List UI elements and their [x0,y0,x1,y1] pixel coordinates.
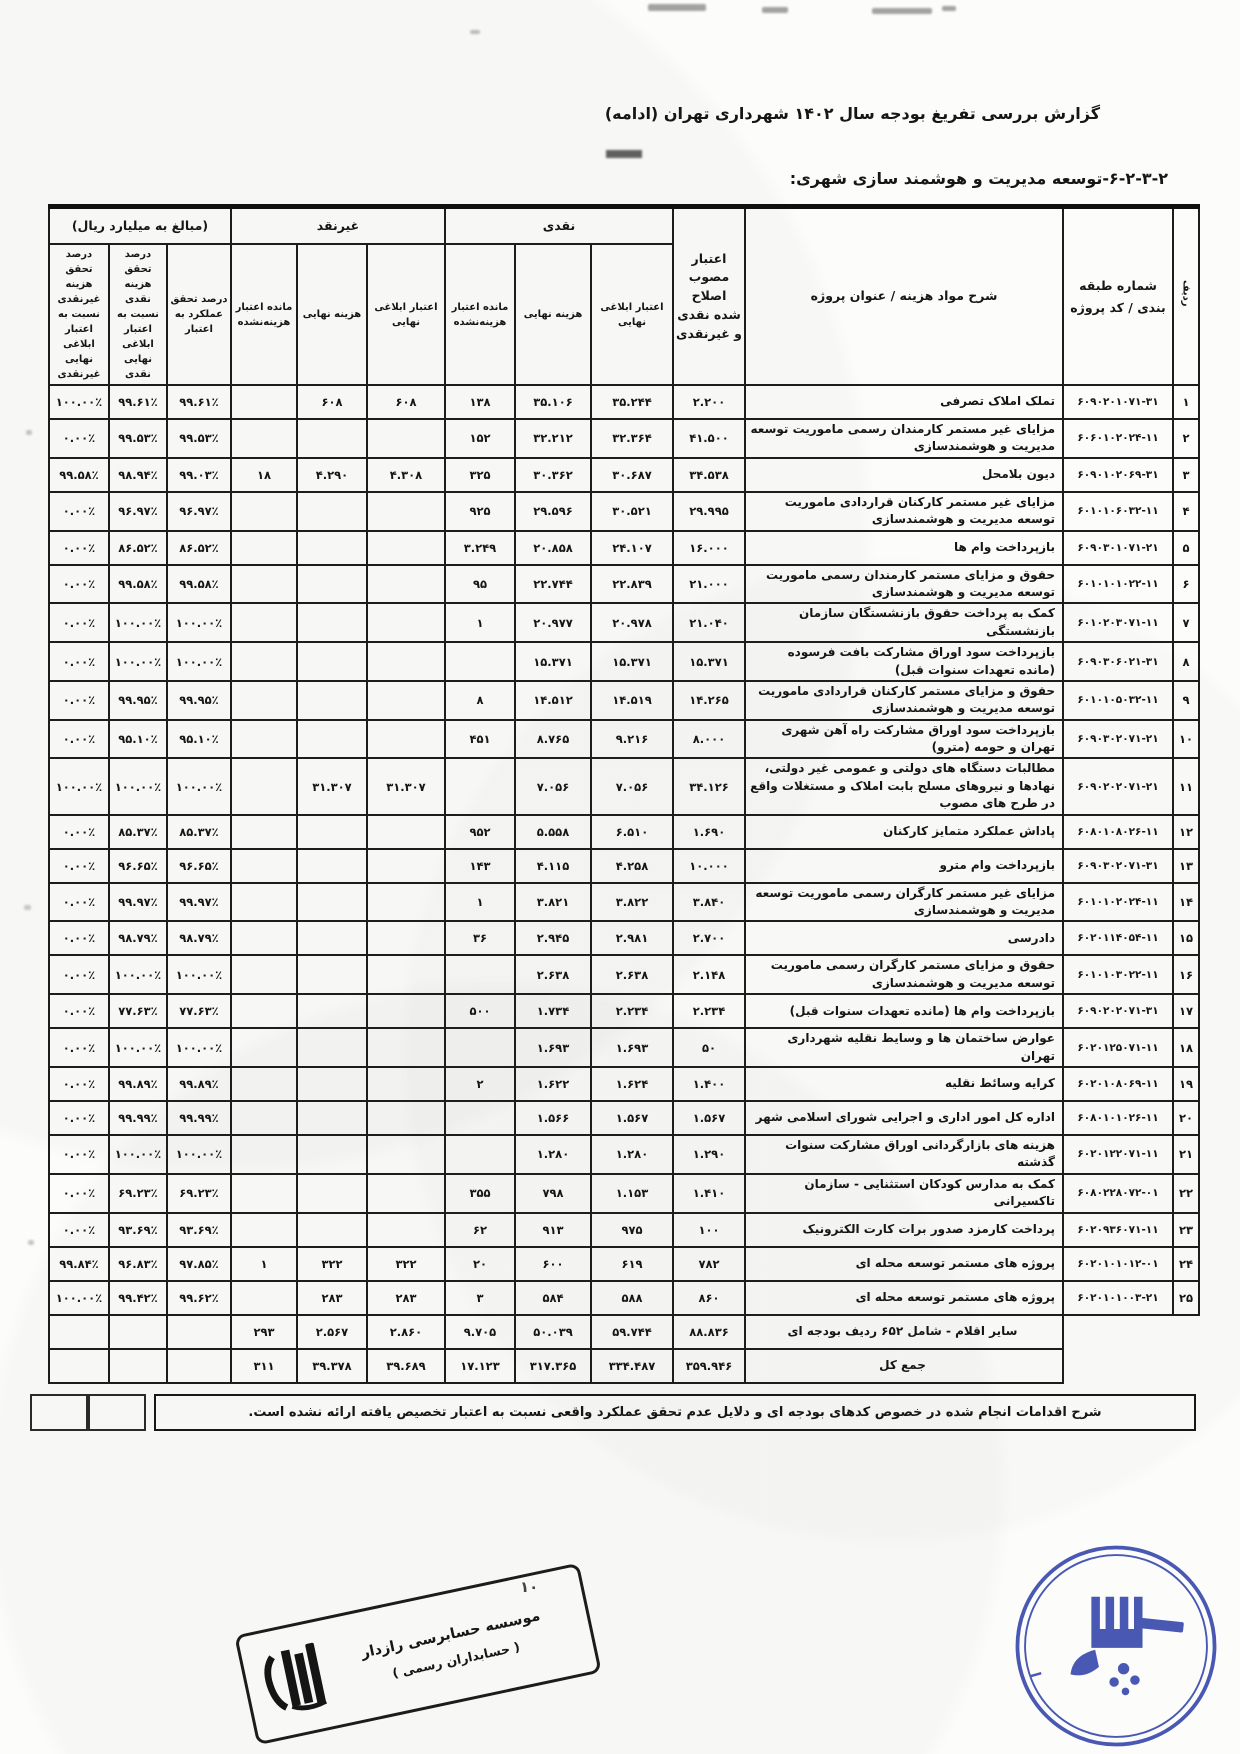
cell-row-number: ۱۵ [1173,921,1199,955]
cell-cash-expense: ۵۸۴ [515,1281,591,1315]
section-heading: ۶-۲-۳-۲-توسعه مدیریت و هوشمند سازی شهری: [0,169,1168,188]
cell-approved-credit: ۳.۸۴۰ [673,883,745,922]
cell-pct-noncash: ۹۹.۵۸٪ [49,458,109,492]
cell-pct-performance: ۹۵.۱۰٪ [167,720,231,759]
cell-cash-allocated: ۱.۵۶۷ [591,1101,673,1135]
cell-approved-credit: ۱.۴۱۰ [673,1174,745,1213]
cell-cash-remaining: ۶۲ [445,1213,515,1247]
cell-noncash-remaining [231,565,297,604]
cell-cash-allocated: ۱.۱۵۳ [591,1174,673,1213]
cell-row-number: ۱۶ [1173,955,1199,994]
cell-pct-cash: ۹۹.۹۹٪ [109,1101,167,1135]
cell-cash-expense: ۱.۶۲۲ [515,1067,591,1101]
cell-cash-remaining [445,955,515,994]
cell-pct-noncash: ۰.۰۰٪ [49,1067,109,1101]
cell-noncash-allocated [367,921,445,955]
cell-cash-allocated: ۲۴.۱۰۷ [591,531,673,565]
cell-pct-empty [49,1349,109,1383]
cell-pct-noncash: ۰.۰۰٪ [49,1101,109,1135]
cell-noncash-expense [297,849,367,883]
cell-pct-cash: ۶۹.۲۳٪ [109,1174,167,1213]
cell-noncash-allocated: ۳۲۲ [367,1247,445,1281]
cell-pct-cash: ۹۹.۹۷٪ [109,883,167,922]
cell-pct-cash: ۱۰۰.۰۰٪ [109,603,167,642]
cell-noncash-allocated: ۴.۳۰۸ [367,458,445,492]
cell-description: دادرسی [745,921,1063,955]
cell-pct-cash: ۹۹.۸۹٪ [109,1067,167,1101]
cell-cash-remaining: ۳۵۵ [445,1174,515,1213]
cell-row-number: ۲۳ [1173,1213,1199,1247]
cell-pct-performance: ۹۹.۰۳٪ [167,458,231,492]
cell-noncash-expense [297,720,367,759]
cell-noncash-expense: ۲۸۳ [297,1281,367,1315]
cell-noncash-allocated [367,720,445,759]
cell-noncash-remaining [231,1281,297,1315]
cell-description: مزایای غیر مستمر کارمندان رسمی ماموریت ت… [745,419,1063,458]
table-row: ۱۰ ۶۰۹۰۳۰۲۰۷۱-۲۱ بازپرداخت سود اوراق مشا… [49,720,1199,759]
cell-pct-cash: ۹۶.۸۳٪ [109,1247,167,1281]
cell-pct-cash: ۷۷.۶۳٪ [109,994,167,1028]
cell-pct-performance: ۹۹.۸۹٪ [167,1067,231,1101]
cell-project-code: ۶۰۲۰۹۳۶۰۷۱-۱۱ [1063,1213,1173,1247]
cell-cash-remaining: ۸ [445,681,515,720]
cell-description: مطالبات دستگاه های دولتی و عمومی غیر دول… [745,758,1063,814]
auditor-stamp: موسسه حسابرسی رازدار ( حسابداران رسمی ) [234,1563,602,1746]
cell-cash-allocated: ۱.۶۹۳ [591,1028,673,1067]
cell-project-code: ۶۰۸۰۱۰۸۰۲۶-۱۱ [1063,815,1173,849]
header-description: شرح مواد هزینه / عنوان پروژه [745,207,1063,386]
header-cash-remaining: مانده اعتبار هزینه‌نشده [445,244,515,385]
cell-pct-performance: ۶۹.۲۳٪ [167,1174,231,1213]
cell-noncash-expense: ۳۱.۳۰۷ [297,758,367,814]
cell-cash-allocated: ۳۰.۶۸۷ [591,458,673,492]
cell-pct-performance: ۹۶.۹۷٪ [167,492,231,531]
cell-cash-remaining [445,1101,515,1135]
cell-project-code: ۶۰۹۰۲۰۲۰۷۱-۳۱ [1063,994,1173,1028]
cell-project-code: ۶۰۲۰۱۰۸۰۶۹-۱۱ [1063,1067,1173,1101]
cell-description: بازپرداخت سود اوراق مشارکت راه آهن شهری … [745,720,1063,759]
cell-pct-cash: ۹۶.۹۷٪ [109,492,167,531]
cell-noncash-remaining [231,1174,297,1213]
cell-cash-allocated: ۷.۰۵۶ [591,758,673,814]
cell-approved-credit: ۲۱.۰۴۰ [673,603,745,642]
cell-noncash-remaining [231,849,297,883]
cell-noncash-expense: ۴.۲۹۰ [297,458,367,492]
cell-description: پروژه های مستمر توسعه محله ای [745,1281,1063,1315]
cell-pct-performance: ۹۶.۶۵٪ [167,849,231,883]
cell-approved-credit: ۱۶.۰۰۰ [673,531,745,565]
cell-cash-remaining: ۳۶ [445,921,515,955]
cell-pct-cash: ۹۳.۶۹٪ [109,1213,167,1247]
table-row: ۸ ۶۰۹۰۳۰۶۰۲۱-۳۱ بازپرداخت سود اوراق مشار… [49,642,1199,681]
cell-noncash-allocated [367,883,445,922]
cell-cash-expense: ۲۲.۷۴۴ [515,565,591,604]
cell-project-code: ۶۰۱۰۱۰۲۰۲۴-۱۱ [1063,883,1173,922]
cell-pct-cash: ۹۹.۶۱٪ [109,385,167,419]
cell-pct-cash: ۹۹.۴۲٪ [109,1281,167,1315]
cell-noncash-expense: ۳۹.۳۷۸ [297,1349,367,1383]
table-row: ۲۴ ۶۰۲۰۱۰۱۰۱۲-۰۱ پروژه های مستمر توسعه م… [49,1247,1199,1281]
cell-description: کمک به پرداخت حقوق بازنشستگان سازمان باز… [745,603,1063,642]
table-row: ۲۲ ۶۰۸۰۲۲۸۰۷۲-۰۱ کمک به مدارس کودکان است… [49,1174,1199,1213]
cell-cash-allocated: ۳۰.۵۲۱ [591,492,673,531]
cell-pct-noncash: ۱۰۰.۰۰٪ [49,758,109,814]
auditor-stamp-text: موسسه حسابرسی رازدار ( حسابداران رسمی ) [331,1601,576,1691]
cell-project-code: ۶۰۱۰۱۰۶۰۳۲-۱۱ [1063,492,1173,531]
cell-cash-allocated: ۶.۵۱۰ [591,815,673,849]
cell-noncash-allocated [367,642,445,681]
cell-noncash-allocated [367,565,445,604]
cell-cash-allocated: ۳۵.۲۴۴ [591,385,673,419]
cell-pct-noncash: ۰.۰۰٪ [49,565,109,604]
cell-approved-credit: ۱.۵۶۷ [673,1101,745,1135]
cell-noncash-allocated [367,1213,445,1247]
cell-description: بازپرداخت وام مترو [745,849,1063,883]
cell-cash-remaining: ۹۵ [445,565,515,604]
cell-cash-allocated: ۲۲.۸۳۹ [591,565,673,604]
cell-cash-allocated: ۹۷۵ [591,1213,673,1247]
cell-pct-cash: ۱۰۰.۰۰٪ [109,642,167,681]
cell-pct-performance: ۹۳.۶۹٪ [167,1213,231,1247]
cell-project-code: ۶۰۹۰۳۰۶۰۲۱-۳۱ [1063,642,1173,681]
cell-pct-noncash: ۰.۰۰٪ [49,492,109,531]
cell-pct-performance: ۱۰۰.۰۰٪ [167,1028,231,1067]
cell-cash-remaining: ۲ [445,1067,515,1101]
cell-description: بازپرداخت وام ها [745,531,1063,565]
cell-noncash-expense [297,955,367,994]
table-row: ۳ ۶۰۹۰۱۰۲۰۶۹-۳۱ دیون بلامحل ۳۴.۵۳۸ ۳۰.۶۸… [49,458,1199,492]
cell-description: بازپرداخت سود اوراق مشارکت بافت فرسوده (… [745,642,1063,681]
cell-approved-credit: ۴۱.۵۰۰ [673,419,745,458]
cell-pct-cash: ۹۹.۵۸٪ [109,565,167,604]
scan-noise [762,7,788,13]
cell-description: کرایه وسائط نقلیه [745,1067,1063,1101]
cell-noncash-remaining [231,419,297,458]
cell-noncash-remaining: ۲۹۳ [231,1315,297,1349]
cell-cash-expense: ۸.۷۶۵ [515,720,591,759]
cell-cash-expense: ۶۰۰ [515,1247,591,1281]
cell-noncash-allocated [367,1174,445,1213]
cell-pct-cash: ۹۸.۷۹٪ [109,921,167,955]
cell-approved-credit: ۸.۰۰۰ [673,720,745,759]
cell-cash-remaining [445,642,515,681]
cell-pct-cash: ۱۰۰.۰۰٪ [109,1135,167,1174]
cell-pct-noncash: ۰.۰۰٪ [49,720,109,759]
cell-noncash-expense: ۶۰۸ [297,385,367,419]
cell-approved-credit: ۱۰.۰۰۰ [673,849,745,883]
cell-cash-remaining: ۹۲۵ [445,492,515,531]
cell-cash-remaining [445,1135,515,1174]
cell-project-code: ۶۰۹۰۲۰۱۰۷۱-۳۱ [1063,385,1173,419]
cell-description: تملک املاک تصرفی [745,385,1063,419]
table-row: ۴ ۶۰۱۰۱۰۶۰۳۲-۱۱ مزایای غیر مستمر کارکنان… [49,492,1199,531]
ghost-cell [1063,1315,1173,1349]
cell-noncash-expense [297,565,367,604]
cell-cash-remaining: ۱۵۲ [445,419,515,458]
cell-noncash-remaining [231,994,297,1028]
scan-noise [648,4,706,11]
cell-pct-noncash: ۰.۰۰٪ [49,1028,109,1067]
cell-description: حقوق و مزایای مستمر کارمندان رسمی ماموری… [745,565,1063,604]
cell-noncash-allocated [367,531,445,565]
cell-row-number: ۱ [1173,385,1199,419]
cell-pct-cash: ۱۰۰.۰۰٪ [109,758,167,814]
cell-cash-remaining: ۵۰۰ [445,994,515,1028]
cell-cash-expense: ۲۰.۹۷۷ [515,603,591,642]
table-row: ۱۳ ۶۰۹۰۳۰۲۰۷۱-۳۱ بازپرداخت وام مترو ۱۰.۰… [49,849,1199,883]
cell-pct-performance: ۹۹.۵۸٪ [167,565,231,604]
cell-noncash-remaining: ۱ [231,1247,297,1281]
cell-pct-noncash: ۰.۰۰٪ [49,681,109,720]
empty-cell [88,1394,146,1432]
cell-cash-expense: ۲۰.۸۵۸ [515,531,591,565]
cell-cash-remaining: ۳۲۵ [445,458,515,492]
table-row: ۲ ۶۰۶۰۱۰۲۰۲۴-۱۱ مزایای غیر مستمر کارمندا… [49,419,1199,458]
cell-approved-credit: ۲.۱۴۸ [673,955,745,994]
cell-pct-noncash: ۰.۰۰٪ [49,955,109,994]
cell-pct-performance: ۹۹.۹۷٪ [167,883,231,922]
table-row: ۲۰ ۶۰۸۰۱۰۱۰۲۶-۱۱ اداره کل امور اداری و ا… [49,1101,1199,1135]
cell-noncash-allocated [367,1067,445,1101]
cell-pct-cash: ۸۶.۵۲٪ [109,531,167,565]
cell-cash-expense: ۲۹.۵۹۶ [515,492,591,531]
council-emblem-icon [1071,1597,1184,1696]
cell-pct-empty [109,1349,167,1383]
cell-cash-expense: ۷.۰۵۶ [515,758,591,814]
cell-row-number: ۱۴ [1173,883,1199,922]
cell-noncash-remaining [231,815,297,849]
cell-cash-expense: ۴.۱۱۵ [515,849,591,883]
cell-pct-performance: ۹۸.۷۹٪ [167,921,231,955]
table-row: ۱۸ ۶۰۲۰۱۲۵۰۷۱-۱۱ عوارض ساختمان ها و وسای… [49,1028,1199,1067]
cell-noncash-expense [297,681,367,720]
cell-noncash-remaining: ۱۸ [231,458,297,492]
empty-cell [30,1394,88,1432]
cell-description: پروژه های مستمر توسعه محله ای [745,1247,1063,1281]
cell-pct-noncash: ۰.۰۰٪ [49,849,109,883]
cell-noncash-allocated [367,1135,445,1174]
cell-noncash-remaining [231,492,297,531]
cell-cash-expense: ۳۰.۳۶۲ [515,458,591,492]
cell-cash-allocated: ۹.۲۱۶ [591,720,673,759]
header-group-cash: نقدی [445,207,673,245]
cell-noncash-expense [297,1028,367,1067]
cell-project-code: ۶۰۸۰۱۰۱۰۲۶-۱۱ [1063,1101,1173,1135]
table-row: ۲۵ ۶۰۲۰۱۰۱۰۰۳-۲۱ پروژه های مستمر توسعه م… [49,1281,1199,1315]
cell-pct-performance: ۷۷.۶۳٪ [167,994,231,1028]
cell-row-number: ۵ [1173,531,1199,565]
table-row: ۱۷ ۶۰۹۰۲۰۲۰۷۱-۳۱ بازپرداخت وام ها (مانده… [49,994,1199,1028]
cell-cash-expense: ۱.۵۶۶ [515,1101,591,1135]
scan-noise [872,8,932,14]
table-row: ۱۴ ۶۰۱۰۱۰۲۰۲۴-۱۱ مزایای غیر مستمر کارگرا… [49,883,1199,922]
cell-noncash-remaining [231,758,297,814]
cell-row-number: ۱۷ [1173,994,1199,1028]
cell-cash-expense: ۳۱۷.۳۶۵ [515,1349,591,1383]
report-title: گزارش بررسی تفریغ بودجه سال ۱۴۰۲ شهرداری… [0,104,1100,123]
cell-cash-allocated: ۱.۲۸۰ [591,1135,673,1174]
cell-pct-noncash: ۰.۰۰٪ [49,419,109,458]
cell-cash-allocated: ۲.۲۳۴ [591,994,673,1028]
cell-cash-remaining: ۱ [445,883,515,922]
cell-pct-noncash: ۰.۰۰٪ [49,603,109,642]
cell-noncash-expense [297,1067,367,1101]
council-stamp-icon: اداره مصوبات شورای اسلامی شهر تهران [1002,1538,1230,1754]
cell-cash-allocated: ۲.۹۸۱ [591,921,673,955]
cell-noncash-allocated [367,815,445,849]
cell-noncash-remaining [231,1067,297,1101]
cell-approved-credit: ۱.۴۰۰ [673,1067,745,1101]
cell-cash-remaining: ۹.۷۰۵ [445,1315,515,1349]
cell-noncash-remaining [231,1101,297,1135]
cell-approved-credit: ۱۰۰ [673,1213,745,1247]
cell-cash-expense: ۹۱۳ [515,1213,591,1247]
cell-project-code: ۶۰۹۰۲۰۲۰۷۱-۲۱ [1063,758,1173,814]
cell-description: دیون بلامحل [745,458,1063,492]
cell-approved-credit: ۳۴.۵۳۸ [673,458,745,492]
cell-project-code: ۶۰۱۰۱۰۱۰۲۲-۱۱ [1063,565,1173,604]
cell-cash-expense: ۱.۶۹۳ [515,1028,591,1067]
cell-pct-cash: ۱۰۰.۰۰٪ [109,955,167,994]
cell-pct-noncash: ۹۹.۸۴٪ [49,1247,109,1281]
cell-noncash-remaining [231,531,297,565]
header-noncash-remaining: مانده اعتبار هزینه‌نشده [231,244,297,385]
cell-cash-expense: ۲.۹۴۵ [515,921,591,955]
cell-pct-empty [167,1349,231,1383]
cell-project-code: ۶۰۱۰۲۰۳۰۷۱-۱۱ [1063,603,1173,642]
cell-cash-expense: ۱۵.۳۷۱ [515,642,591,681]
cell-approved-credit: ۲.۲۰۰ [673,385,745,419]
cell-noncash-allocated [367,681,445,720]
cell-pct-performance: ۹۹.۹۹٪ [167,1101,231,1135]
cell-row-number: ۱۹ [1173,1067,1199,1101]
footnote-row: شرح اقدامات انجام شده در خصوص کدهای بودج… [0,1394,1196,1432]
cell-project-code: ۶۰۲۰۱۱۴۰۵۴-۱۱ [1063,921,1173,955]
cell-pct-noncash: ۰.۰۰٪ [49,1213,109,1247]
cell-description: اداره کل امور اداری و اجرایی شورای اسلام… [745,1101,1063,1135]
cell-noncash-allocated [367,419,445,458]
header-pct-cash: درصد تحقق هزینه نقدی نسبت به اعتبار ابلا… [109,244,167,385]
cell-cash-expense: ۲.۶۳۸ [515,955,591,994]
cell-row-number: ۱۲ [1173,815,1199,849]
cell-pct-performance: ۱۰۰.۰۰٪ [167,1135,231,1174]
cell-row-number: ۱۳ [1173,849,1199,883]
cell-description: بازپرداخت وام ها (مانده تعهدات سنوات قبل… [745,994,1063,1028]
cell-pct-performance: ۹۹.۹۵٪ [167,681,231,720]
cell-pct-noncash: ۰.۰۰٪ [49,1174,109,1213]
cell-description: کمک به مدارس کودکان استثنایی - سازمان تا… [745,1174,1063,1213]
cell-pct-performance: ۸۶.۵۲٪ [167,531,231,565]
cell-noncash-expense [297,883,367,922]
header-group-noncash: غیرنقد [231,207,445,245]
table-header: ردیف شماره طبقه بندی / کد پروژه شرح مواد… [49,207,1199,386]
scan-noise [470,30,480,34]
cell-pct-noncash: ۰.۰۰٪ [49,531,109,565]
cell-cash-remaining: ۱۷.۱۲۳ [445,1349,515,1383]
cell-noncash-allocated [367,955,445,994]
cell-pct-cash: ۸۵.۳۷٪ [109,815,167,849]
cell-approved-credit: ۲۱.۰۰۰ [673,565,745,604]
header-row-number: ردیف [1173,207,1199,386]
cell-description: حقوق و مزایای مستمر کارگران رسمی ماموریت… [745,955,1063,994]
table-row: ۲۳ ۶۰۲۰۹۳۶۰۷۱-۱۱ پرداخت کارمزد صدور برات… [49,1213,1199,1247]
cell-row-number: ۲ [1173,419,1199,458]
cell-pct-performance: ۹۹.۶۱٪ [167,385,231,419]
cell-row-number: ۱۸ [1173,1028,1199,1067]
cell-approved-credit: ۸۸.۸۳۶ [673,1315,745,1349]
table-row: ۲۱ ۶۰۲۰۱۲۲۰۷۱-۱۱ هزینه های بازارگردانی ا… [49,1135,1199,1174]
cell-cash-allocated: ۴.۲۵۸ [591,849,673,883]
cell-approved-credit: ۲.۷۰۰ [673,921,745,955]
cell-description: مزایای غیر مستمر کارگران رسمی ماموریت تو… [745,883,1063,922]
cell-noncash-allocated [367,492,445,531]
header-approved-credit: اعتبار مصوب اصلاح شده نقدی و غیرنقدی [673,207,745,386]
cell-description: هزینه های بازارگردانی اوراق مشارکت سنوات… [745,1135,1063,1174]
cell-cash-remaining: ۱ [445,603,515,642]
cell-noncash-expense [297,492,367,531]
council-stamp: اداره مصوبات شورای اسلامی شهر تهران [1002,1538,1230,1754]
cell-pct-performance: ۱۰۰.۰۰٪ [167,603,231,642]
table-row: ۵ ۶۰۹۰۳۰۱۰۷۱-۲۱ بازپرداخت وام ها ۱۶.۰۰۰ … [49,531,1199,565]
header-noncash-allocated: اعتبار ابلاغی نهایی [367,244,445,385]
header-row-number-label: ردیف [1179,280,1194,307]
cell-row-number: ۱۱ [1173,758,1199,814]
cell-cash-expense: ۵۰.۰۳۹ [515,1315,591,1349]
cell-noncash-expense [297,815,367,849]
cell-noncash-allocated [367,603,445,642]
cell-pct-noncash: ۰.۰۰٪ [49,883,109,922]
cell-cash-allocated: ۲.۶۳۸ [591,955,673,994]
cell-cash-expense: ۷۹۸ [515,1174,591,1213]
cell-row-number: ۴ [1173,492,1199,531]
cell-pct-performance: ۹۷.۸۵٪ [167,1247,231,1281]
cell-noncash-remaining [231,955,297,994]
cell-project-code: ۶۰۲۰۱۲۲۰۷۱-۱۱ [1063,1135,1173,1174]
cell-summary-label: جمع کل [745,1349,1063,1383]
cell-row-number: ۲۰ [1173,1101,1199,1135]
cell-row-number: ۲۴ [1173,1247,1199,1281]
cell-pct-performance: ۱۰۰.۰۰٪ [167,955,231,994]
cell-cash-expense: ۵.۵۵۸ [515,815,591,849]
cell-cash-remaining: ۱۳۸ [445,385,515,419]
cell-approved-credit: ۸۶۰ [673,1281,745,1315]
cell-description: حقوق و مزایای مستمر کارکنان قراردادی مام… [745,681,1063,720]
cell-cash-remaining: ۲۰ [445,1247,515,1281]
cell-cash-allocated: ۳.۸۲۲ [591,883,673,922]
cell-description: پاداش عملکرد متمایز کارکنان [745,815,1063,849]
cell-row-number: ۲۲ [1173,1174,1199,1213]
ghost-cell [1173,1315,1199,1349]
cell-noncash-allocated [367,1101,445,1135]
table-row: ۷ ۶۰۱۰۲۰۳۰۷۱-۱۱ کمک به پرداخت حقوق بازنش… [49,603,1199,642]
cell-project-code: ۶۰۶۰۱۰۲۰۲۴-۱۱ [1063,419,1173,458]
cell-approved-credit: ۱.۶۹۰ [673,815,745,849]
cell-noncash-expense [297,531,367,565]
cell-cash-allocated: ۶۱۹ [591,1247,673,1281]
footnote: شرح اقدامات انجام شده در خصوص کدهای بودج… [154,1394,1196,1432]
cell-cash-expense: ۳۵.۱۰۶ [515,385,591,419]
table-row: ۱۵ ۶۰۲۰۱۱۴۰۵۴-۱۱ دادرسی ۲.۷۰۰ ۲.۹۸۱ ۲.۹۴… [49,921,1199,955]
header-cash-allocated: اعتبار ابلاغی نهایی [591,244,673,385]
cell-noncash-expense: ۲.۵۶۷ [297,1315,367,1349]
cell-approved-credit: ۲.۲۳۴ [673,994,745,1028]
header-cash-expense: هزینه نهایی [515,244,591,385]
cell-project-code: ۶۰۱۰۱۰۳۰۲۲-۱۱ [1063,955,1173,994]
cell-noncash-allocated [367,1028,445,1067]
cell-project-code: ۶۰۲۰۱۰۱۰۰۳-۲۱ [1063,1281,1173,1315]
summary-row: سایر اقلام - شامل ۶۵۲ ردیف بودجه ای ۸۸.۸… [49,1315,1199,1349]
table-row: ۱ ۶۰۹۰۲۰۱۰۷۱-۳۱ تملک املاک تصرفی ۲.۲۰۰ ۳… [49,385,1199,419]
